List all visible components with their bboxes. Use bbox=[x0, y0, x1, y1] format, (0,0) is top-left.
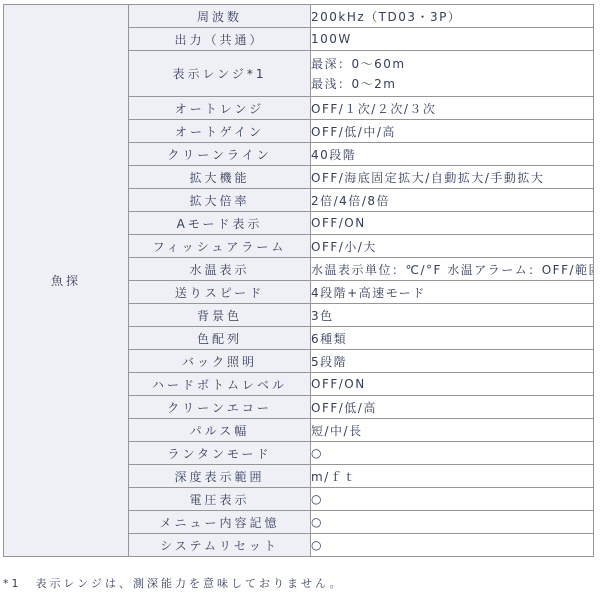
row-value: 40段階 bbox=[311, 143, 594, 166]
row-label: 周波数 bbox=[129, 5, 311, 28]
row-label: オートゲイン bbox=[129, 120, 311, 143]
row-label: オートレンジ bbox=[129, 97, 311, 120]
row-label: ランタンモード bbox=[129, 442, 311, 465]
row-label: 送りスピード bbox=[129, 281, 311, 304]
row-label: パルス幅 bbox=[129, 419, 311, 442]
row-value: OFF/低/高 bbox=[311, 396, 594, 419]
row-value: 最深：0～60m最浅：0～2m bbox=[311, 51, 594, 97]
spec-table-body: 魚探周波数200kHz（TD03・3P）出力（共通）100W表示レンジ*1最深：… bbox=[4, 5, 594, 557]
row-label: 深度表示範囲 bbox=[129, 465, 311, 488]
row-value: ○ bbox=[311, 511, 594, 534]
row-value: 5段階 bbox=[311, 350, 594, 373]
row-value: 200kHz（TD03・3P） bbox=[311, 5, 594, 28]
row-label: 背景色 bbox=[129, 304, 311, 327]
row-label: 電圧表示 bbox=[129, 488, 311, 511]
row-value: 100W bbox=[311, 28, 594, 51]
row-value: ○ bbox=[311, 442, 594, 465]
row-label: バック照明 bbox=[129, 350, 311, 373]
row-label: 拡大倍率 bbox=[129, 189, 311, 212]
row-value: OFF/海底固定拡大/自動拡大/手動拡大 bbox=[311, 166, 594, 189]
row-value: 2倍/4倍/8倍 bbox=[311, 189, 594, 212]
row-label: ハードボトムレベル bbox=[129, 373, 311, 396]
category-cell: 魚探 bbox=[4, 5, 129, 557]
row-value: ○ bbox=[311, 488, 594, 511]
row-label: 色配列 bbox=[129, 327, 311, 350]
row-value: 3色 bbox=[311, 304, 594, 327]
row-label: Aモード表示 bbox=[129, 212, 311, 235]
row-label: フィッシュアラーム bbox=[129, 235, 311, 258]
row-value: ○ bbox=[311, 534, 594, 557]
row-label: クリーンエコー bbox=[129, 396, 311, 419]
row-value: OFF/１次/２次/３次 bbox=[311, 97, 594, 120]
spec-row: 魚探周波数200kHz（TD03・3P） bbox=[4, 5, 594, 28]
row-value: OFF/ON bbox=[311, 373, 594, 396]
row-value: OFF/小/大 bbox=[311, 235, 594, 258]
row-value-line: 最深：0～60m bbox=[311, 54, 593, 74]
row-value: 4段階+高速モード bbox=[311, 281, 594, 304]
row-value-line: 最浅：0～2m bbox=[311, 74, 593, 94]
row-label: システムリセット bbox=[129, 534, 311, 557]
row-label: 出力（共通） bbox=[129, 28, 311, 51]
spec-page: 魚探周波数200kHz（TD03・3P）出力（共通）100W表示レンジ*1最深：… bbox=[0, 0, 600, 600]
row-label: 水温表示 bbox=[129, 258, 311, 281]
row-value: 短/中/長 bbox=[311, 419, 594, 442]
row-label: クリーンライン bbox=[129, 143, 311, 166]
row-value: 水温表示単位：℃/°F 水温アラーム：OFF/範囲内/範囲外 bbox=[311, 258, 594, 281]
row-value: 6種類 bbox=[311, 327, 594, 350]
row-value: m/ｆｔ bbox=[311, 465, 594, 488]
spec-table: 魚探周波数200kHz（TD03・3P）出力（共通）100W表示レンジ*1最深：… bbox=[3, 4, 594, 557]
row-label: 拡大機能 bbox=[129, 166, 311, 189]
row-value: OFF/低/中/高 bbox=[311, 120, 594, 143]
row-label: メニュー内容記憶 bbox=[129, 511, 311, 534]
row-value: OFF/ON bbox=[311, 212, 594, 235]
footnote: *1 表示レンジは、測深能力を意味しておりません。 bbox=[3, 575, 344, 591]
row-label: 表示レンジ*1 bbox=[129, 51, 311, 97]
